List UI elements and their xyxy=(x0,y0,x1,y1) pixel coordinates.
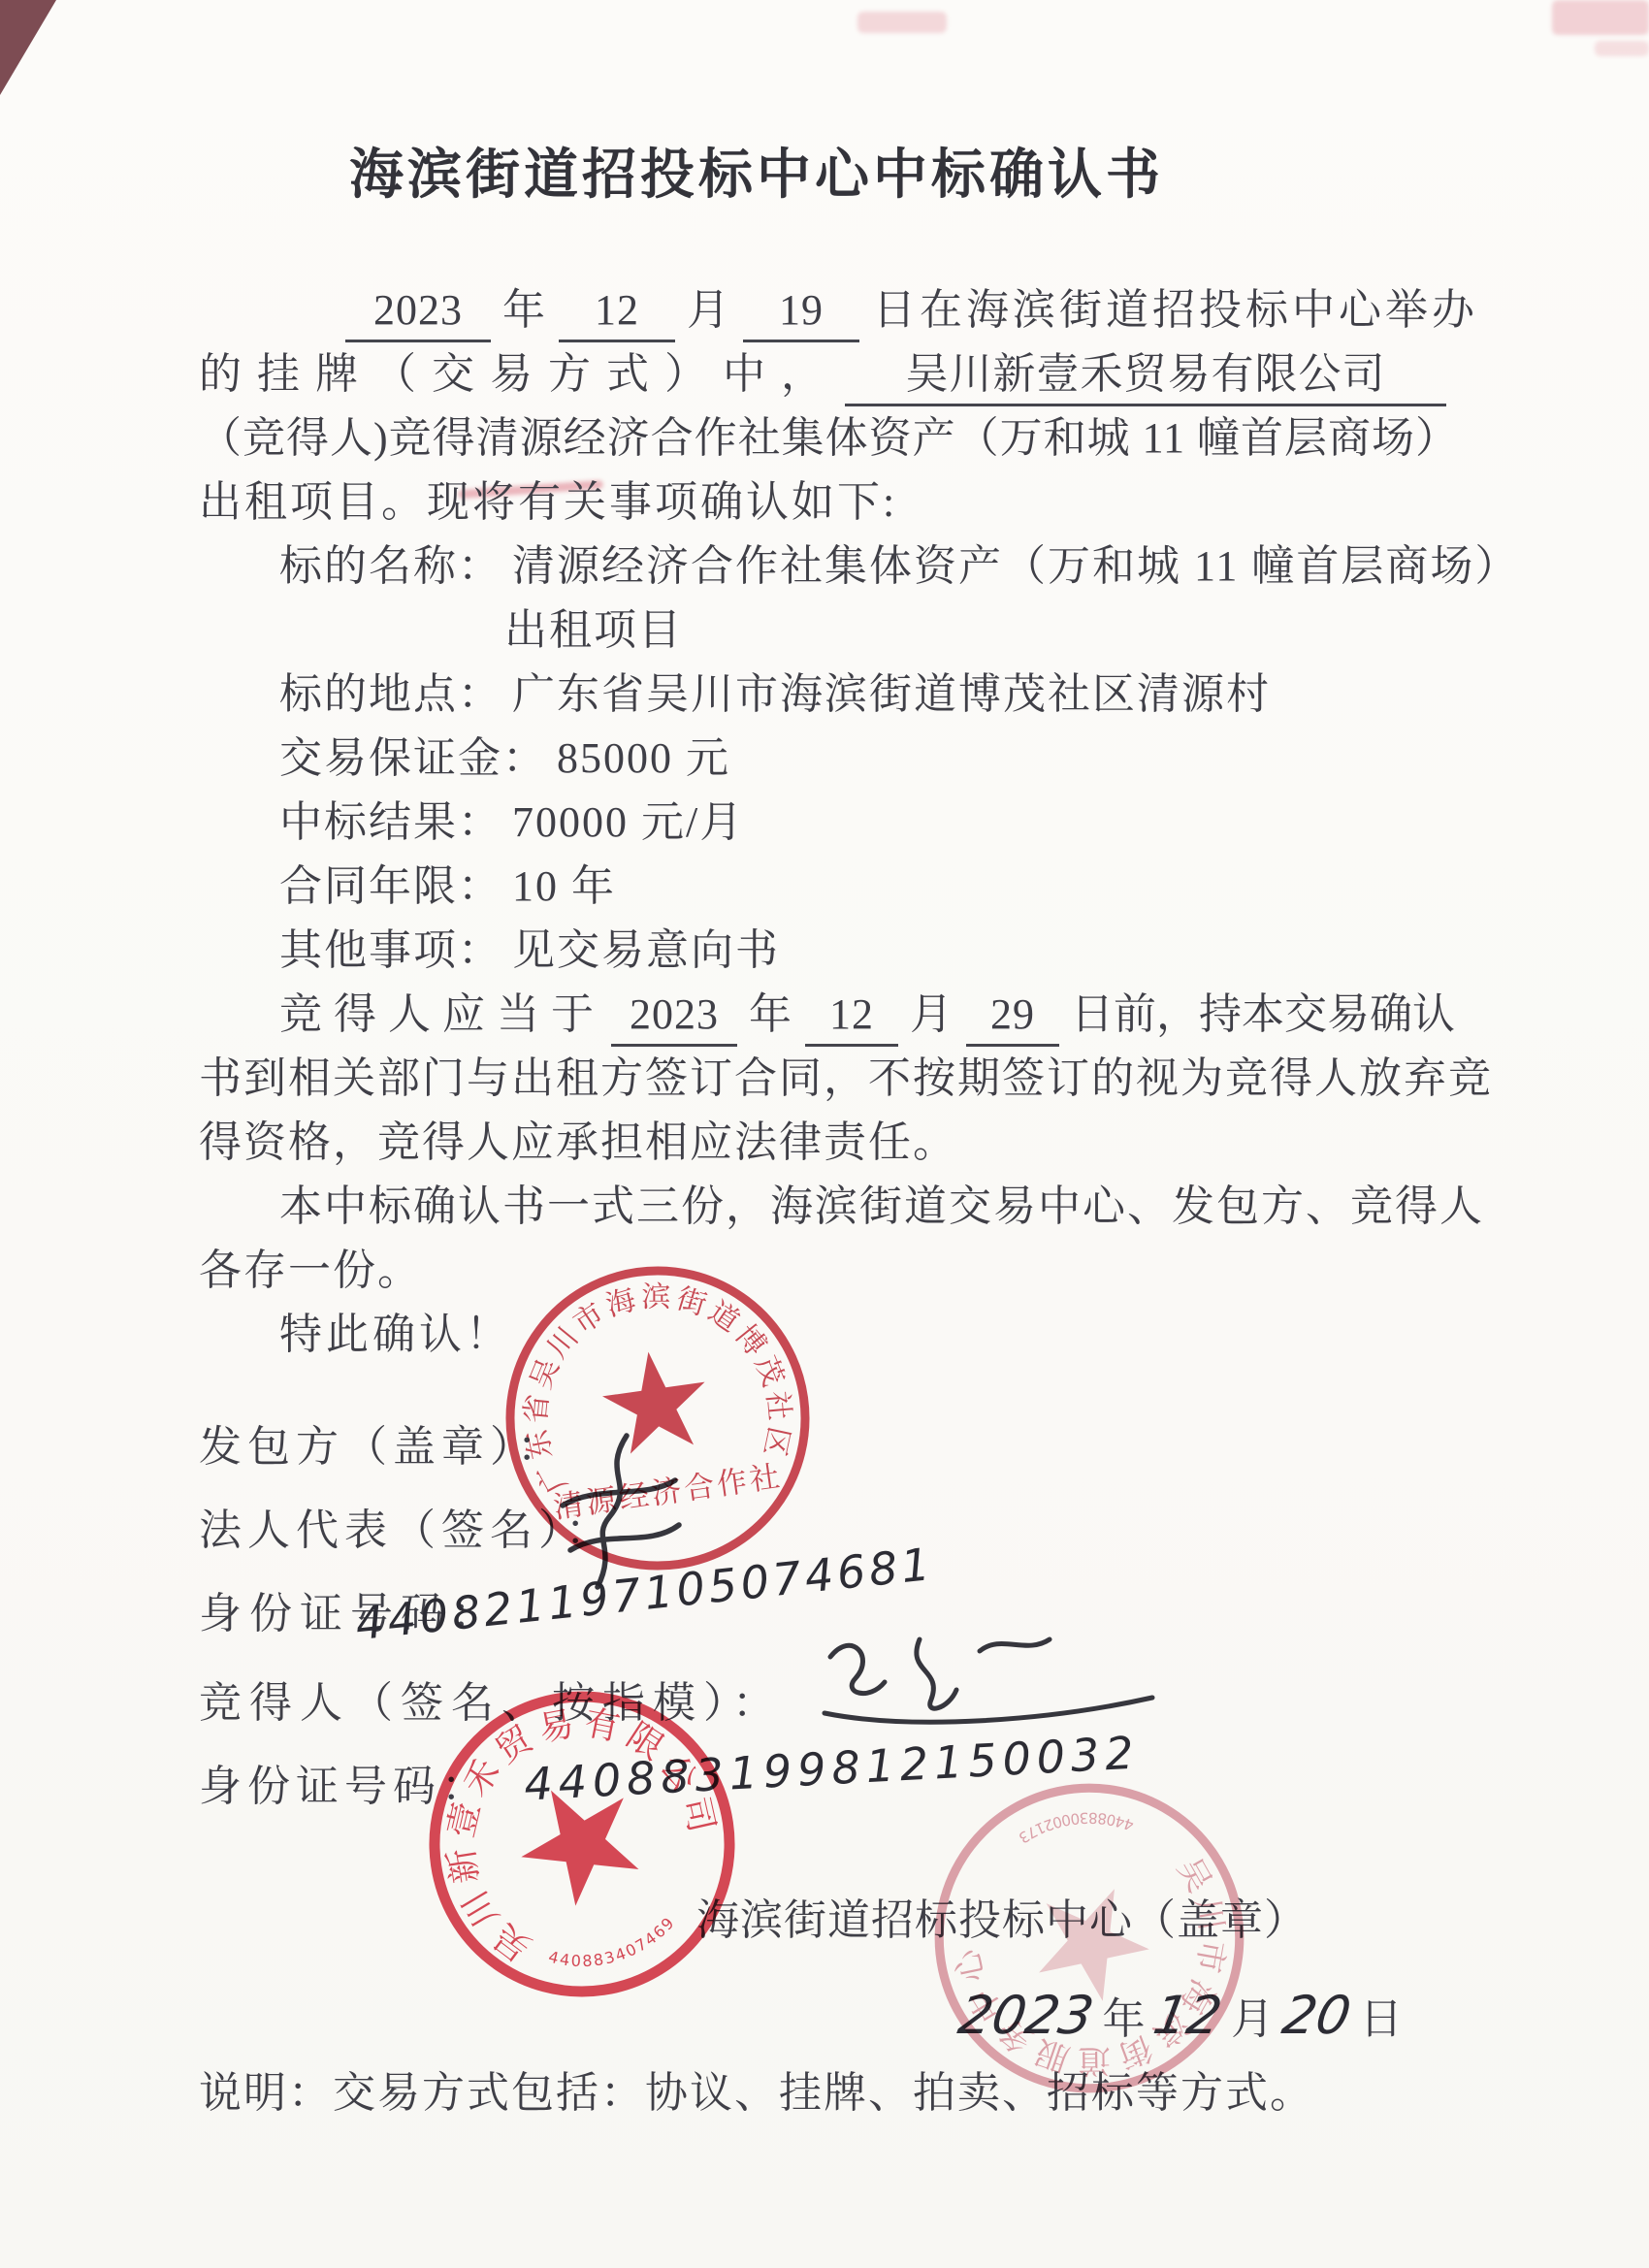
scan-artifact-top-right-2 xyxy=(1595,41,1649,56)
detail-name: 标的名称：清源经济合作社集体资产（万和城 11 幢首层商场） xyxy=(279,537,1519,596)
detail-deposit-label: 交易保证金： xyxy=(279,734,547,782)
svg-text:4408830002173: 4408830002173 xyxy=(1014,1797,1140,1857)
month-unit: 月 xyxy=(910,990,954,1038)
scan-artifact-top xyxy=(857,12,947,33)
deadline-line-2: 书到相关部门与出租方签订合同，不按期签订的视为竞得人放弃竞 xyxy=(199,1050,1493,1108)
bidder-company-blank: 吴川新壹禾贸易有限公司 xyxy=(845,345,1446,406)
copies-line-1: 本中标确认书一式三份，海滨街道交易中心、发包方、竞得人 xyxy=(279,1178,1484,1236)
document-title: 海滨街道招投标中心中标确认书 xyxy=(0,132,1513,210)
copies-line-2: 各存一份。 xyxy=(199,1242,422,1300)
date-day-handwriting: 20 xyxy=(1278,1987,1355,2045)
confirm-line: 特此确认！ xyxy=(279,1306,512,1364)
deadline-line-1: 竞得人应当于2023年12月29日前，持本交易确认 xyxy=(279,986,1455,1047)
detail-other-label: 其他事项： xyxy=(279,926,502,974)
issuer-stamp: 广东省吴川市海滨街道博茂社区 清源经济合作社 xyxy=(477,1238,839,1600)
detail-term: 合同年限：10 年 xyxy=(279,858,616,916)
star-icon xyxy=(1025,1885,1158,2013)
star-icon xyxy=(598,1345,714,1456)
detail-other-value: 见交易意向书 xyxy=(512,926,780,974)
detail-location-value: 广东省吴川市海滨街道博茂社区清源村 xyxy=(512,670,1271,718)
day-unit: 日 xyxy=(1360,1995,1403,2043)
detail-location-label: 标的地点： xyxy=(279,670,502,718)
intro-line-2-prefix: 的挂牌（交易方式）中， xyxy=(199,350,839,398)
detail-name-label: 标的名称： xyxy=(279,542,502,590)
deadline-blank-month: 12 xyxy=(805,986,898,1047)
deadline-line-3: 得资格，竞得人应承担相应法律责任。 xyxy=(199,1114,957,1172)
intro-line-1-tail: 日在海滨街道招投标中心举办 xyxy=(873,286,1478,334)
date-blank-month: 12 xyxy=(559,281,675,342)
bidder-signature xyxy=(795,1612,1174,1743)
date-blank-day: 19 xyxy=(743,281,859,342)
year-unit: 年 xyxy=(749,990,793,1038)
deadline-blank-year: 2023 xyxy=(611,986,737,1047)
document-page: 海滨街道招投标中心中标确认书 2023年12月19日在海滨街道招投标中心举办 的… xyxy=(0,0,1649,2268)
star-icon xyxy=(500,1761,658,1917)
issuer-stamp-center-text: 清源经济合作社 xyxy=(551,1459,785,1525)
detail-term-label: 合同年限： xyxy=(279,862,502,910)
deadline-prefix: 竞得人应当于 xyxy=(279,990,605,1038)
bidder-stamp-serial: 440883407469 xyxy=(540,1887,683,1999)
detail-result-value: 70000 元/月 xyxy=(512,798,744,846)
detail-result-label: 中标结果： xyxy=(279,798,502,846)
svg-text:440883407469: 440883407469 xyxy=(540,1887,683,1999)
deadline-blank-day: 29 xyxy=(966,986,1059,1047)
detail-deposit-value: 85000 元 xyxy=(557,734,730,782)
scan-artifact-corner xyxy=(0,0,56,95)
intro-line-4: 出租项目。现将有关事项确认如下: xyxy=(199,473,897,532)
detail-result: 中标结果：70000 元/月 xyxy=(279,794,744,852)
month-unit: 月 xyxy=(687,286,731,334)
year-unit: 年 xyxy=(502,286,547,334)
detail-deposit: 交易保证金：85000 元 xyxy=(279,729,730,788)
deadline-tail: 日前，持本交易确认 xyxy=(1071,990,1455,1038)
detail-other: 其他事项：见交易意向书 xyxy=(279,922,780,980)
detail-term-value: 10 年 xyxy=(512,862,616,910)
detail-name-value-2: 出租项目 xyxy=(504,601,683,660)
intro-line-3: （竞得人)竞得清源经济合作社集体资产（万和城 11 幢首层商场） xyxy=(199,409,1459,468)
date-blank-year: 2023 xyxy=(345,281,491,342)
detail-location: 标的地点：广东省吴川市海滨街道博茂社区清源村 xyxy=(279,665,1271,724)
scan-artifact-top-right xyxy=(1552,0,1649,35)
center-stamp: 吴川市海滨街道服务中心 4408830002173 xyxy=(896,1745,1283,2132)
detail-name-value: 清源经济合作社集体资产（万和城 11 幢首层商场） xyxy=(512,542,1519,590)
center-stamp-serial: 4408830002173 xyxy=(1014,1797,1140,1857)
intro-line-2: 的挂牌（交易方式）中，吴川新壹禾贸易有限公司 xyxy=(199,345,1452,406)
intro-line-1: 2023年12月19日在海滨街道招投标中心举办 xyxy=(339,281,1478,342)
